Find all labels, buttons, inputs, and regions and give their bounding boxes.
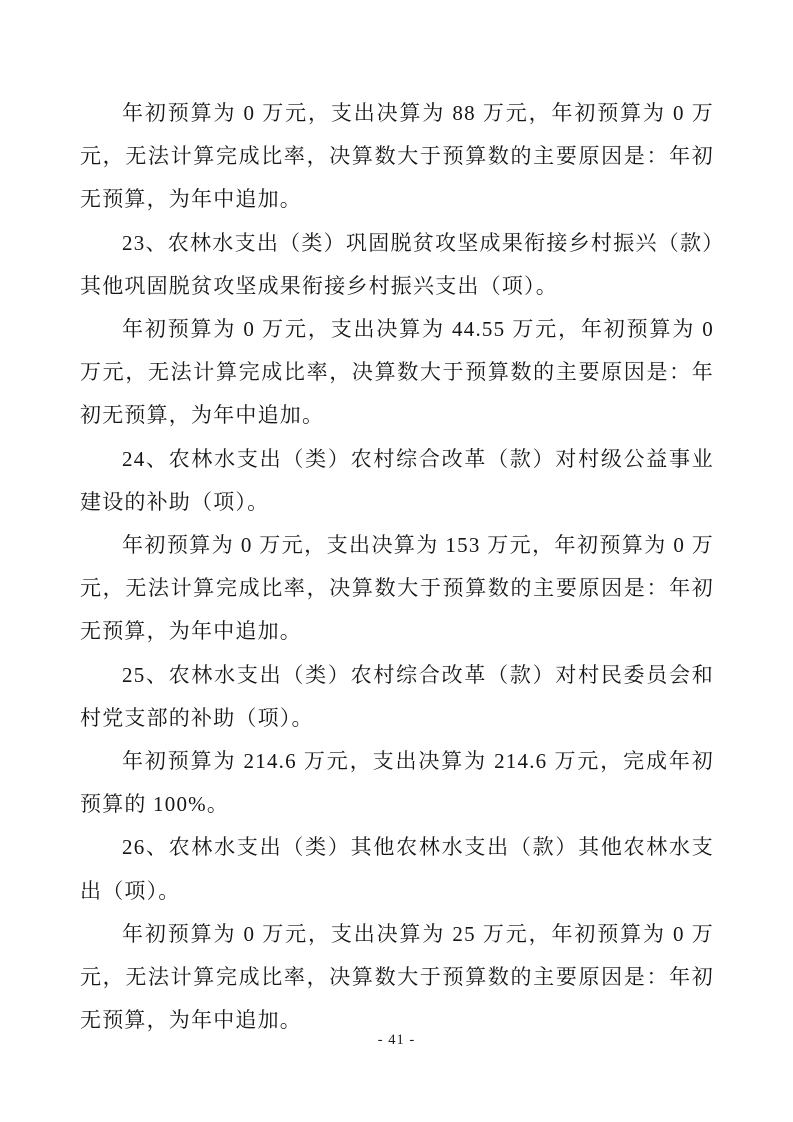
page-number: - 41 - (378, 1032, 415, 1048)
page-footer: - 41 - (0, 1032, 793, 1049)
document-body: 年初预算为 0 万元，支出决算为 88 万元，年初预算为 0 万元，无法计算完成… (80, 92, 714, 1042)
item-26-heading-paragraph: 26、农林水支出（类）其他农林水支出（款）其他农林水支出（项）。 (80, 826, 714, 912)
item-25-heading-paragraph: 25、农林水支出（类）农村综合改革（款）对村民委员会和村党支部的补助（项）。 (80, 654, 714, 740)
item-24-budget-note-paragraph: 年初预算为 0 万元，支出决算为 153 万元，年初预算为 0 万元，无法计算完… (80, 524, 714, 654)
budget-note-paragraph: 年初预算为 0 万元，支出决算为 88 万元，年初预算为 0 万元，无法计算完成… (80, 92, 714, 222)
item-23-budget-note-paragraph: 年初预算为 0 万元，支出决算为 44.55 万元，年初预算为 0 万元，无法计… (80, 308, 714, 438)
item-23-heading-paragraph: 23、农林水支出（类）巩固脱贫攻坚成果衔接乡村振兴（款）其他巩固脱贫攻坚成果衔接… (80, 222, 714, 308)
document-page: 年初预算为 0 万元，支出决算为 88 万元，年初预算为 0 万元，无法计算完成… (0, 0, 793, 1122)
item-26-budget-note-paragraph: 年初预算为 0 万元，支出决算为 25 万元，年初预算为 0 万元，无法计算完成… (80, 913, 714, 1043)
item-24-heading-paragraph: 24、农林水支出（类）农村综合改革（款）对村级公益事业建设的补助（项）。 (80, 438, 714, 524)
item-25-budget-note-paragraph: 年初预算为 214.6 万元，支出决算为 214.6 万元，完成年初预算的 10… (80, 740, 714, 826)
